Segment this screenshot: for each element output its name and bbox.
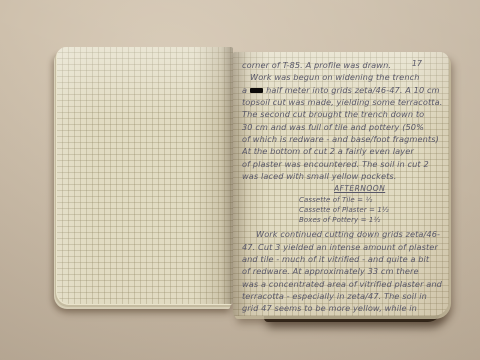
note-line: was a concentrated area of vitrified pla… — [242, 278, 446, 290]
note-line: At the bottom of cut 2 a fairly even lay… — [242, 145, 446, 157]
supplies-list: Cassette of Tile = ½ Cassette of Plaster… — [299, 196, 446, 225]
note-line: topsoil cut was made, yielding some terr… — [242, 96, 446, 108]
supply-line: Cassette of Tile = ½ — [299, 196, 446, 206]
redaction-mark — [250, 88, 263, 93]
left-page-blank-grid — [57, 47, 233, 304]
note-line: of which is redware - and base/foot frag… — [242, 133, 446, 145]
redacted-line-prefix: a — [242, 85, 247, 95]
note-line: corner of T-85. A profile was drawn. — [242, 59, 446, 71]
afternoon-heading: AFTERNOON — [334, 183, 446, 195]
note-line: and tile - much of it vitrified - and qu… — [242, 253, 446, 265]
note-line: The second cut brought the trench down t… — [242, 108, 446, 120]
notes-text: corner of T-85. A profile was drawn. Wor… — [242, 59, 446, 315]
note-line: of plaster was encountered. The soil in … — [242, 158, 446, 170]
redacted-line-suffix: half meter into grids zeta/46-47. A 10 c… — [266, 85, 440, 95]
note-line: terracotta - especially in zeta/47. The … — [242, 290, 446, 302]
supply-line: Cassette of Plaster = 1½ — [299, 206, 446, 216]
note-line: grid 47 seems to be more yellow, while i… — [242, 302, 446, 314]
note-line: Work continued cutting down grids zeta/4… — [242, 228, 446, 240]
note-line: Work was begun on widening the trench — [242, 71, 446, 83]
notebook: 17 corner of T-85. A profile was drawn. … — [54, 44, 450, 320]
note-line: 47. Cut 3 yielded an intense amount of p… — [242, 241, 446, 253]
desk-surface: { "scene": { "desk_color": "#cdbfab", "p… — [0, 0, 480, 360]
note-line: of redware. At approximately 33 cm there — [242, 265, 446, 277]
note-line: was laced with small yellow pockets. — [242, 170, 446, 182]
right-page-notes: 17 corner of T-85. A profile was drawn. … — [233, 52, 449, 316]
note-line: 30 cm and was full of tile and pottery (… — [242, 121, 446, 133]
supply-line: Boxes of Pottery = 1½ — [299, 216, 446, 226]
note-line-redacted: ahalf meter into grids zeta/46-47. A 10 … — [242, 84, 446, 96]
